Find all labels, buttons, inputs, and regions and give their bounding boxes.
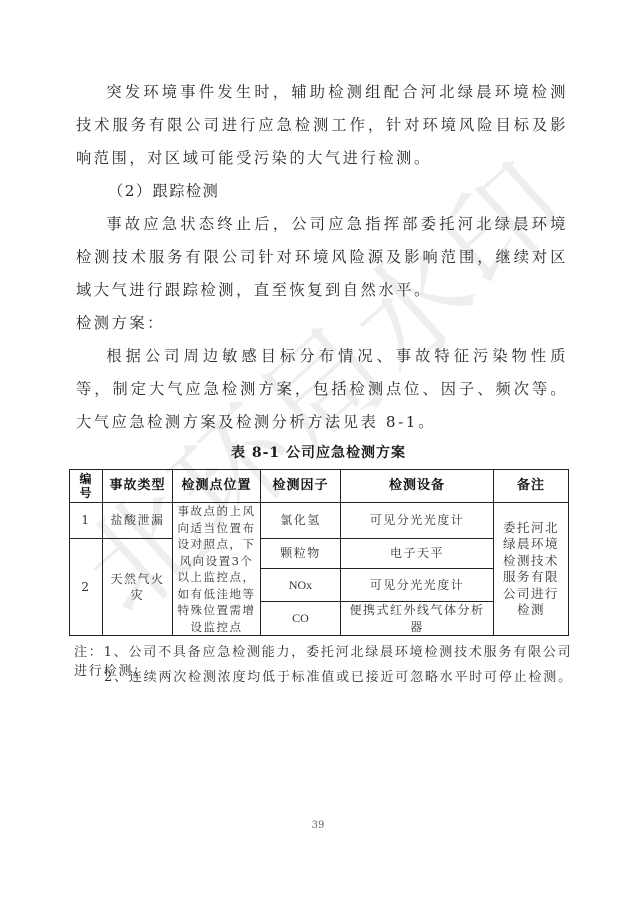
cell-device: 便携式红外线气体分析器 (341, 602, 494, 636)
cell-factor: CO (261, 602, 341, 636)
emergency-monitoring-table: 编号 事故类型 检测点位置 检测因子 检测设备 备注 1 盐酸泄漏 事故点的上风… (69, 469, 569, 636)
header-factor: 检测因子 (261, 470, 341, 503)
cell-no: 1 (70, 503, 103, 539)
cell-factor: 颗粒物 (261, 539, 341, 569)
cell-no: 2 (70, 539, 103, 636)
cell-device: 电子天平 (341, 539, 494, 569)
cell-factor: NOx (261, 569, 341, 602)
page-number: 39 (0, 820, 636, 831)
cell-location: 事故点的上风向适当位置布设对照点，下风向设置3个以上监控点，如有低洼地等特殊位置… (173, 503, 261, 636)
cell-accident-type: 盐酸泄漏 (103, 503, 173, 539)
cell-device: 可见分光光度计 (341, 569, 494, 602)
header-device: 检测设备 (341, 470, 494, 503)
paragraph-emergency-monitoring: 突发环境事件发生时，辅助检测组配合河北绿晨环境检测技术服务有限公司进行应急检测工… (76, 76, 568, 175)
footnote-2: 2、连续两次检测浓度均低于标准值或已接近可忽略水平时可停止检测。 (104, 666, 604, 685)
label-monitoring-plan: 检测方案： (76, 307, 568, 340)
paragraph-tracking-monitoring: 事故应急状态终止后，公司应急指挥部委托河北绿晨环境检测技术服务有限公司针对环境风… (76, 208, 568, 307)
heading-tracking-monitoring: （2）跟踪检测 (108, 175, 408, 208)
document-page: 北环局水印 突发环境事件发生时，辅助检测组配合河北绿晨环境检测技术服务有限公司进… (0, 0, 636, 900)
cell-accident-type: 天然气火灾 (103, 539, 173, 636)
header-no: 编号 (70, 470, 103, 503)
table-caption: 表 8-1 公司应急检测方案 (69, 442, 568, 462)
table-header-row: 编号 事故类型 检测点位置 检测因子 检测设备 备注 (70, 470, 569, 503)
header-accident-type: 事故类型 (103, 470, 173, 503)
paragraph-monitoring-plan: 根据公司周边敏感目标分布情况、事故特征污染物性质等，制定大气应急检测方案，包括检… (76, 340, 568, 439)
cell-remark: 委托河北绿晨环境检测技术服务有限公司进行检测 (494, 503, 569, 636)
cell-device: 可见分光光度计 (341, 503, 494, 539)
header-remark: 备注 (494, 470, 569, 503)
header-location: 检测点位置 (173, 470, 261, 503)
cell-factor: 氯化氢 (261, 503, 341, 539)
table-row: 1 盐酸泄漏 事故点的上风向适当位置布设对照点，下风向设置3个以上监控点，如有低… (70, 503, 569, 539)
